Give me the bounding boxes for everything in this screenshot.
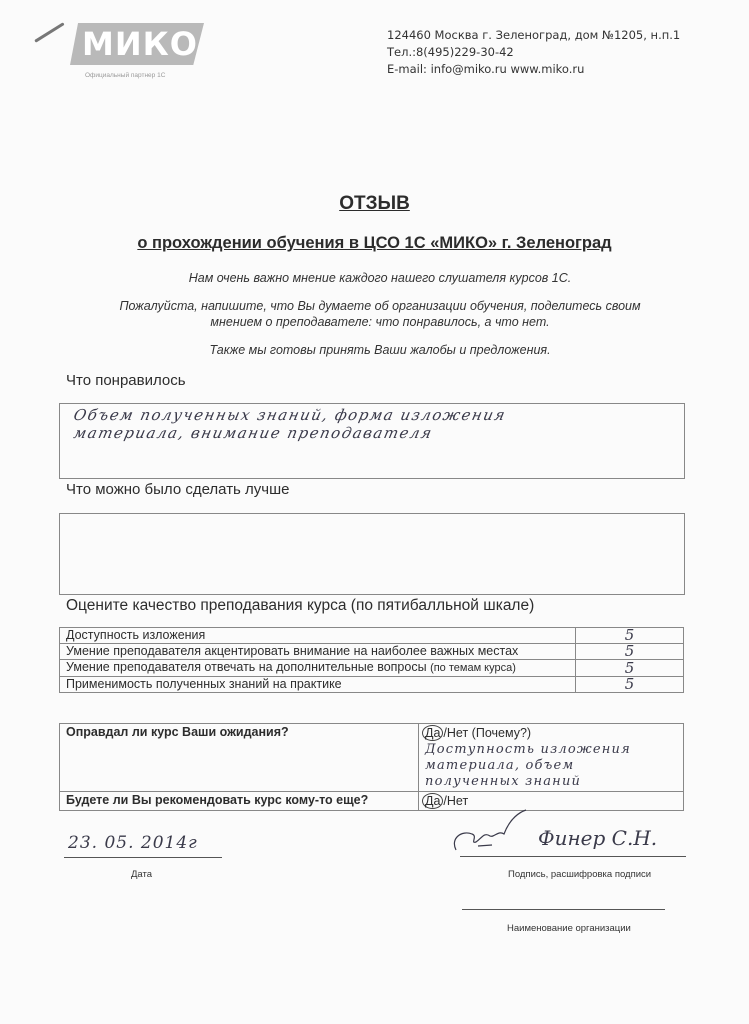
rating-criterion: Умение преподавателя отвечать на дополни… <box>60 660 576 677</box>
signature-decoding[interactable]: Финер С.Н. <box>538 826 657 850</box>
date-value[interactable]: 23. 05. 2014г <box>68 833 198 853</box>
improve-label: Что можно было сделать лучше <box>66 481 289 498</box>
company-phone: Тел.:8(495)229-30-42 <box>387 44 680 61</box>
expectations-row: Оправдал ли курс Ваши ожидания? Да/Нет (… <box>60 724 684 792</box>
rating-score[interactable]: 5 <box>576 660 684 677</box>
rating-row: Умение преподавателя акцентировать внима… <box>60 644 684 660</box>
document-title: ОТЗЫВ <box>0 193 749 215</box>
intro-line-1: Нам очень важно мнение каждого нашего сл… <box>60 270 700 286</box>
rating-row: Умение преподавателя отвечать на дополни… <box>60 660 684 677</box>
expectations-answer: Да/Нет (Почему?) Доступность изложения м… <box>419 724 684 792</box>
rating-score[interactable]: 5 <box>576 644 684 660</box>
rating-criterion: Применимость полученных знаний на практи… <box>60 677 576 693</box>
rating-criterion: Умение преподавателя акцентировать внима… <box>60 644 576 660</box>
rating-criterion: Доступность изложения <box>60 628 576 644</box>
company-contacts: 124460 Москва г. Зеленоград, дом №1205, … <box>387 27 680 78</box>
expectations-yes-option[interactable]: Да <box>422 725 443 741</box>
improve-field[interactable] <box>59 513 685 595</box>
company-email-web: E-mail: info@miko.ru www.miko.ru <box>387 61 680 78</box>
recommend-question: Будете ли Вы рекомендовать курс кому-то … <box>60 792 419 811</box>
recommend-no-option[interactable]: Нет <box>447 794 468 808</box>
rating-row: Доступность изложения 5 <box>60 628 684 644</box>
recommend-row: Будете ли Вы рекомендовать курс кому-то … <box>60 792 684 811</box>
logo-accent-stroke <box>34 22 64 43</box>
liked-field[interactable]: Объем полученных знаний, форма изложения… <box>59 403 685 479</box>
rating-score[interactable]: 5 <box>576 677 684 693</box>
document-subtitle: о прохождении обучения в ЦСО 1С «МИКО» г… <box>0 234 749 253</box>
logo-subtitle: Официальный партнер 1С <box>85 72 165 79</box>
expectations-reason[interactable]: Доступность изложения материала, объем п… <box>425 742 677 790</box>
signature-scribble <box>448 808 528 860</box>
intro-line-2: Пожалуйста, напишите, что Вы думаете об … <box>60 298 700 330</box>
expectations-table: Оправдал ли курс Ваши ожидания? Да/Нет (… <box>59 723 684 811</box>
intro-line-2a: Пожалуйста, напишите, что Вы думаете об … <box>60 298 700 314</box>
rating-label: Оцените качество преподавания курса (по … <box>66 597 534 615</box>
company-logo: МИКО <box>80 25 200 63</box>
liked-value-line-1: Объем полученных знаний, форма изложения <box>72 406 508 424</box>
liked-label: Что понравилось <box>66 372 186 389</box>
organization-line[interactable] <box>462 909 665 910</box>
date-line <box>64 857 222 858</box>
date-caption: Дата <box>131 869 152 880</box>
rating-row: Применимость полученных знаний на практи… <box>60 677 684 693</box>
rating-table: Доступность изложения 5 Умение преподава… <box>59 627 684 693</box>
recommend-yes-option[interactable]: Да <box>422 793 443 809</box>
signature-caption: Подпись, расшифровка подписи <box>508 869 651 880</box>
intro-line-3: Также мы готовы принять Ваши жалобы и пр… <box>60 342 700 358</box>
liked-value-line-2: материала, внимание преподавателя <box>72 424 434 442</box>
expectations-no-option[interactable]: Нет (Почему?) <box>447 726 531 740</box>
company-address: 124460 Москва г. Зеленоград, дом №1205, … <box>387 27 680 44</box>
intro-line-2b: мнением о преподавателе: что понравилось… <box>60 314 700 330</box>
organization-caption: Наименование организации <box>507 923 631 934</box>
expectations-question: Оправдал ли курс Ваши ожидания? <box>60 724 419 792</box>
signature-line <box>460 856 686 857</box>
